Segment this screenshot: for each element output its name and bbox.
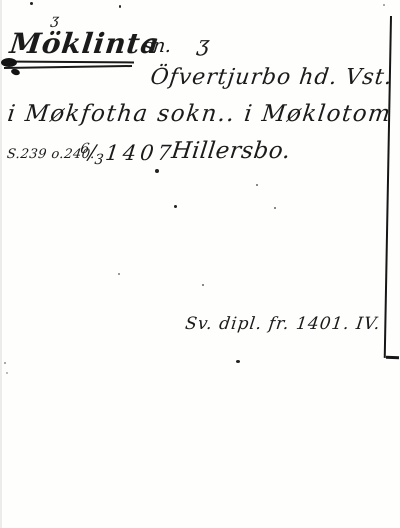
- scan-speck: [6, 372, 8, 374]
- ink-blot-small: [10, 68, 20, 76]
- reference-citation: Sv. dipl. fr. 1401. IV.: [184, 314, 382, 334]
- source-place-name: Hillersbo.: [170, 138, 292, 164]
- scan-speck: [174, 205, 177, 208]
- scan-speck: [256, 184, 258, 186]
- right-margin-line-foot: [386, 356, 399, 359]
- ink-blot: [1, 58, 17, 67]
- archive-card-scan: ʒ Möklinta sn. ʒ Öfvertjurbo hd. Vst. i …: [0, 0, 400, 528]
- scan-speck: [236, 360, 240, 363]
- place-name: Möklinta: [8, 27, 162, 60]
- scan-speck: [118, 273, 120, 275]
- year: 1407: [104, 141, 176, 165]
- scan-speck: [383, 4, 385, 6]
- scan-speck: [4, 362, 6, 364]
- date-fraction: 6/3: [79, 136, 107, 160]
- date-month: 3: [94, 152, 105, 168]
- district-line: Öfvertjurbo hd. Vst.: [149, 65, 394, 90]
- quote-line: i Møkfotha sokn.. i Møklotom: [6, 101, 393, 127]
- left-scan-edge: [0, 0, 2, 528]
- margin-squiggle-mark: ʒ: [196, 32, 211, 56]
- scan-speck: [30, 2, 33, 5]
- parish-abbrev: sn.: [142, 35, 173, 57]
- scan-speck: [119, 5, 121, 8]
- scan-speck: [274, 207, 276, 209]
- scan-speck: [202, 284, 204, 286]
- heading-underline-top: [3, 61, 134, 64]
- scan-speck: [155, 169, 159, 173]
- heading-underline-bottom: [4, 65, 132, 69]
- superscript-mark: ʒ: [50, 12, 60, 28]
